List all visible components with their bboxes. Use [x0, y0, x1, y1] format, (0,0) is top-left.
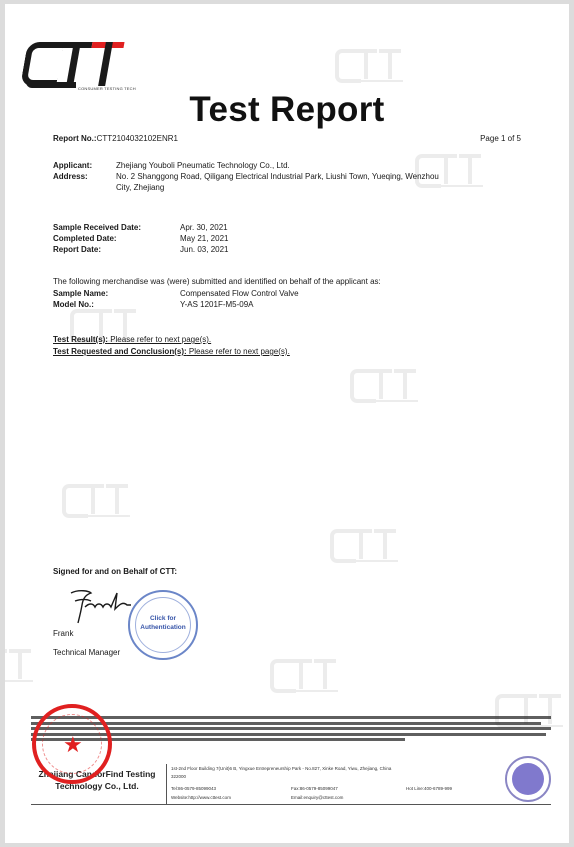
watermark-logo	[270, 659, 340, 693]
model-no-value: Y-AS 1201F-M5-09A	[180, 299, 254, 310]
address-line-2: City, Zhejiang	[116, 182, 164, 193]
report-number: Report No.:CTT2104032102ENR1	[53, 133, 178, 144]
report-number-value: CTT2104032102ENR1	[97, 134, 178, 143]
auth-stamp-line2: Authentication	[130, 623, 196, 632]
test-results-label: Test Result(s):	[53, 335, 108, 344]
authentication-stamp[interactable]: Click forAuthentication	[128, 590, 198, 660]
signed-for-label: Signed for and on Behalf of CTT:	[53, 566, 177, 577]
watermark-logo	[62, 484, 132, 518]
applicant-label: Applicant:	[53, 160, 92, 171]
company-seal-stamp: ★	[32, 704, 112, 784]
footer-website: Website:http://www.cttest.com	[171, 795, 231, 800]
signature-icon	[67, 587, 133, 627]
applicant-value: Zhejiang Youboli Pneumatic Technology Co…	[116, 160, 290, 171]
report-page: CONSUMER TESTING TECH Test Report Report…	[5, 4, 569, 843]
watermark-logo	[350, 369, 420, 403]
test-requested-text: Please refer to next page(s).	[187, 347, 290, 356]
watermark-logo	[335, 49, 405, 83]
signatory-name: Frank	[53, 628, 73, 639]
test-results: Test Result(s): Please refer to next pag…	[53, 334, 211, 345]
sample-name-value: Compensated Flow Control Valve	[180, 288, 299, 299]
completed-date-label: Completed Date:	[53, 233, 117, 244]
test-results-text: Please refer to next page(s).	[108, 335, 211, 344]
watermark-logo	[330, 529, 400, 563]
footer-address: 1st-2nd Floor Building 7(Unit)6 B, Yingx…	[171, 766, 391, 771]
ctt-logo: CONSUMER TESTING TECH	[22, 42, 132, 92]
report-number-label: Report No.:	[53, 134, 97, 143]
accreditation-mark-icon	[505, 756, 551, 802]
completed-date-value: May 21, 2021	[180, 233, 228, 244]
footer-postcode: 322000	[171, 774, 186, 779]
footer-tel: Tel:86-0579-85099043	[171, 786, 216, 791]
received-date-value: Apr. 30, 2021	[180, 222, 228, 233]
page-indicator: Page 1 of 5	[480, 133, 521, 144]
model-no-label: Model No.:	[53, 299, 94, 310]
test-requested: Test Requested and Conclusion(s): Please…	[53, 346, 290, 357]
signatory-title: Technical Manager	[53, 647, 120, 658]
report-date-label: Report Date:	[53, 244, 101, 255]
report-date-value: Jun. 03, 2021	[180, 244, 228, 255]
address-label: Address:	[53, 171, 88, 182]
footer: Zhejiang CandorFind TestingTechnology Co…	[31, 764, 551, 805]
test-requested-label: Test Requested and Conclusion(s):	[53, 347, 187, 356]
sample-name-label: Sample Name:	[53, 288, 108, 299]
footer-fax: Fax:86-0579-85099047	[291, 786, 338, 791]
star-icon: ★	[63, 732, 83, 758]
auth-stamp-line1: Click for	[130, 614, 196, 623]
document-title: Test Report	[5, 90, 569, 130]
address-line-1: No. 2 Shanggong Road, Qiligang Electrica…	[116, 171, 439, 182]
watermark-logo	[5, 649, 35, 683]
footer-email: Email:enquiry@cttest.com	[291, 795, 343, 800]
footer-divider	[166, 764, 167, 804]
footer-hotline: Hot Line:400-6789-999	[406, 786, 452, 791]
received-date-label: Sample Received Date:	[53, 222, 141, 233]
merchandise-intro: The following merchandise was (were) sub…	[53, 276, 381, 287]
